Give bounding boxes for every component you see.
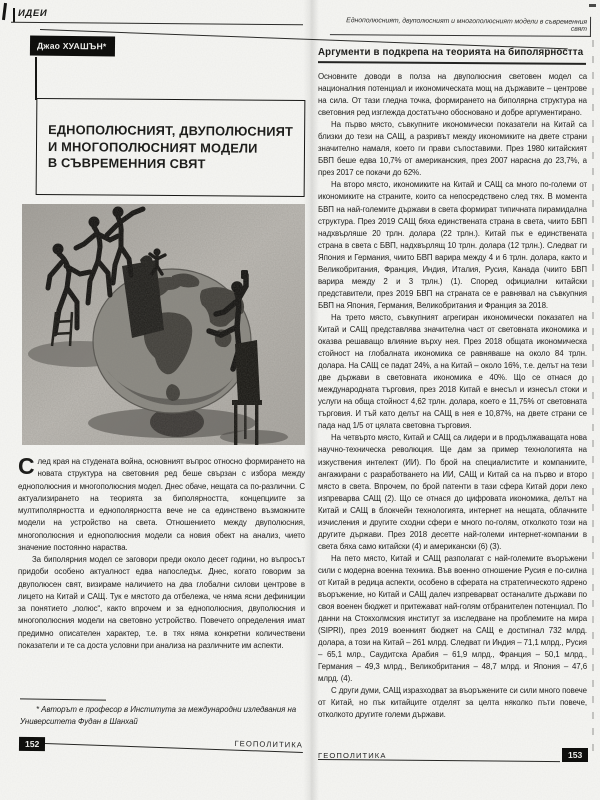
scan-artifact-top-left <box>2 3 7 20</box>
footnote: * Авторът е професор в Института за межд… <box>20 704 303 727</box>
body-paragraph: Основните доводи в полза на двуполюсния … <box>318 71 587 119</box>
title-line-1: ЕДНОПОЛЮСНИЯТ, ДВУПОЛЮСНИЯТ <box>48 122 300 140</box>
title-line-3: В СЪВРЕМЕННИЯ СВЯТ <box>48 155 300 173</box>
author-connector-line <box>35 57 37 100</box>
author-badge: Джао ХУАШЪН* <box>30 36 116 57</box>
section-heading-rule <box>318 61 586 64</box>
section-heading: Аргументи в подкрепа на теорията на бипо… <box>318 47 586 58</box>
title-line-2: И МНОГОПОЛЮСНИЯТ МОДЕЛИ <box>48 139 300 157</box>
globe-illustration <box>22 204 305 445</box>
running-head: Еднополюсният, двуполюсният и многополюс… <box>330 15 591 37</box>
right-body-text: Основните доводи в полза на двуполюсния … <box>318 71 587 722</box>
footnote-rule <box>20 698 106 700</box>
body-paragraph: На пето място, Китай и САЩ разполагат с … <box>318 553 587 686</box>
journal-spread: ИДЕИ Джао ХУАШЪН* ЕДНОПОЛЮСНИЯТ, ДВУПОЛЮ… <box>0 0 600 800</box>
page-number-left: 152 <box>19 737 45 751</box>
kicker-bar <box>13 8 15 22</box>
body-paragraph: На четвърто място, Китай и САЩ са лидери… <box>318 432 587 552</box>
body-paragraph: С други думи, САЩ изразходват за въоръже… <box>318 685 587 721</box>
section-kicker: ИДЕИ <box>18 8 47 19</box>
left-body-text: След края на студената война, основният … <box>18 456 305 652</box>
page-number-right: 153 <box>562 748 588 762</box>
body-paragraph: На трето място, съвкупният агрегиран ико… <box>318 312 587 432</box>
scan-artifact-top-right <box>589 4 596 7</box>
paragraph-text: лед края на студената война, основният в… <box>18 457 305 552</box>
body-paragraph: На първо място, съвкупните икономически … <box>318 119 587 179</box>
footer-rule-right <box>318 759 560 762</box>
body-paragraph: След края на студената война, основният … <box>18 456 305 554</box>
article-title: ЕДНОПОЛЮСНИЯТ, ДВУПОЛЮСНИЯТ И МНОГОПОЛЮС… <box>36 98 306 197</box>
drop-cap: С <box>18 456 38 476</box>
body-paragraph: За биполярния модел се заговори преди ок… <box>18 554 305 652</box>
page-gutter-shadow <box>303 0 319 800</box>
header-rule <box>11 22 303 26</box>
scan-edge-right <box>592 40 594 760</box>
body-paragraph: На второ място, икономиките на Китай и С… <box>318 179 587 312</box>
